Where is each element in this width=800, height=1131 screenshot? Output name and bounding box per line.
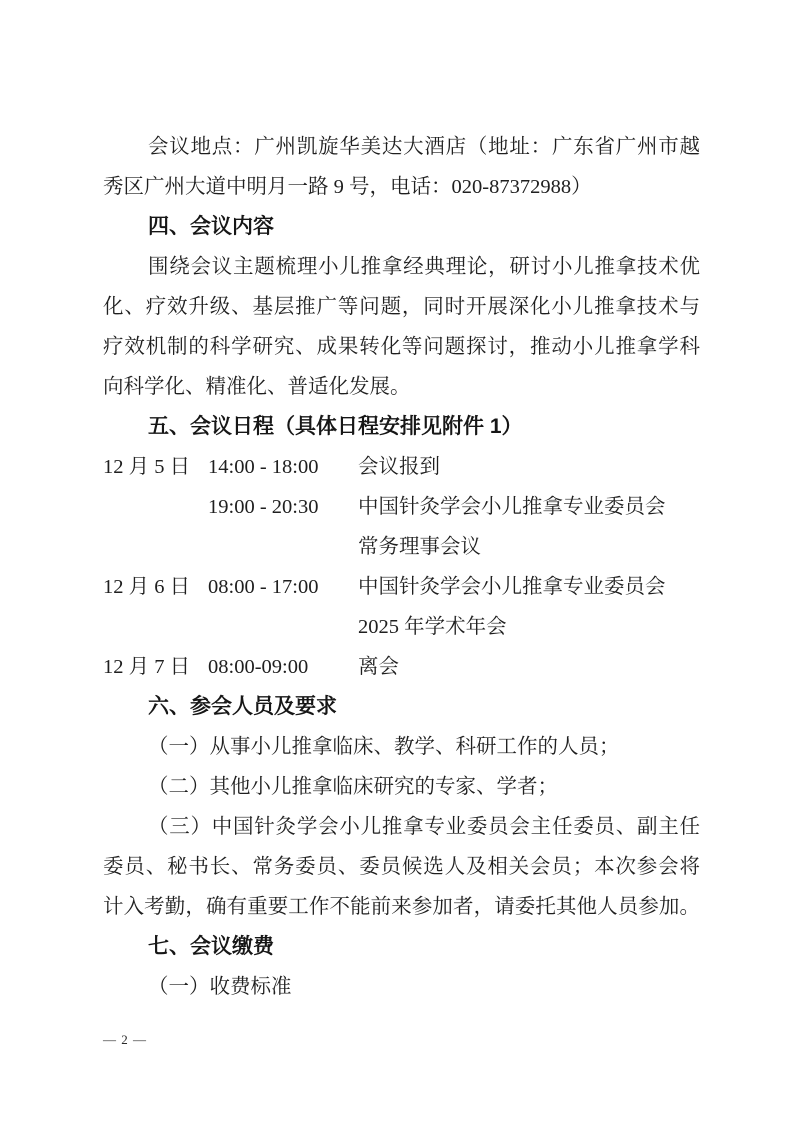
location-line-2: 秀区广州大道中明月一路 9 号，电话：020-87372988） — [103, 167, 700, 207]
schedule-activity: 常务理事会议 — [358, 527, 700, 567]
schedule-time: 08:00 - 17:00 — [208, 567, 358, 607]
schedule-row: 19:00 - 20:30 中国针灸学会小儿推拿专业委员会 — [103, 487, 700, 527]
schedule-row: 2025 年学术年会 — [103, 607, 700, 647]
doc-line: （一）收费标准 — [103, 967, 700, 1007]
schedule-activity: 离会 — [358, 647, 700, 687]
schedule-time: 19:00 - 20:30 — [208, 487, 358, 527]
section-heading-contents: 四、会议内容 — [103, 207, 700, 247]
doc-line: 围绕会议主题梳理小儿推拿经典理论，研讨小儿推拿技术优 — [103, 247, 700, 287]
document-body: 会议地点：广州凯旋华美达大酒店（地址：广东省广州市越 秀区广州大道中明月一路 9… — [103, 127, 700, 1007]
schedule-row: 常务理事会议 — [103, 527, 700, 567]
section-heading-participants: 六、参会人员及要求 — [103, 687, 700, 727]
schedule-date: 12 月 6 日 — [103, 567, 208, 607]
schedule-activity: 会议报到 — [358, 447, 700, 487]
schedule-activity: 2025 年学术年会 — [358, 607, 700, 647]
doc-line: 化、疗效升级、基层推广等问题，同时开展深化小儿推拿技术与 — [103, 287, 700, 327]
doc-line: 向科学化、精准化、普适化发展。 — [103, 367, 700, 407]
schedule-row: 12 月 5 日 14:00 - 18:00 会议报到 — [103, 447, 700, 487]
location-line-1: 会议地点：广州凯旋华美达大酒店（地址：广东省广州市越 — [103, 127, 700, 167]
schedule-date: 12 月 7 日 — [103, 647, 208, 687]
section-heading-fees: 七、会议缴费 — [103, 927, 700, 967]
schedule-time: 08:00-09:00 — [208, 647, 358, 687]
doc-line: 委员、秘书长、常务委员、委员候选人及相关会员；本次参会将 — [103, 847, 700, 887]
doc-line: （一）从事小儿推拿临床、教学、科研工作的人员； — [103, 727, 700, 767]
doc-line: （二）其他小儿推拿临床研究的专家、学者； — [103, 767, 700, 807]
doc-line: 计入考勤，确有重要工作不能前来参加者，请委托其他人员参加。 — [103, 887, 700, 927]
doc-line: 疗效机制的科学研究、成果转化等问题探讨，推动小儿推拿学科 — [103, 327, 700, 367]
schedule-row: 12 月 7 日 08:00-09:00 离会 — [103, 647, 700, 687]
schedule-activity: 中国针灸学会小儿推拿专业委员会 — [358, 487, 700, 527]
page-number: — 2 — — [103, 1028, 147, 1052]
section-heading-agenda: 五、会议日程（具体日程安排见附件 1） — [103, 407, 700, 447]
schedule-date: 12 月 5 日 — [103, 447, 208, 487]
schedule-time: 14:00 - 18:00 — [208, 447, 358, 487]
schedule-row: 12 月 6 日 08:00 - 17:00 中国针灸学会小儿推拿专业委员会 — [103, 567, 700, 607]
schedule-activity: 中国针灸学会小儿推拿专业委员会 — [358, 567, 700, 607]
doc-line: （三）中国针灸学会小儿推拿专业委员会主任委员、副主任 — [103, 807, 700, 847]
